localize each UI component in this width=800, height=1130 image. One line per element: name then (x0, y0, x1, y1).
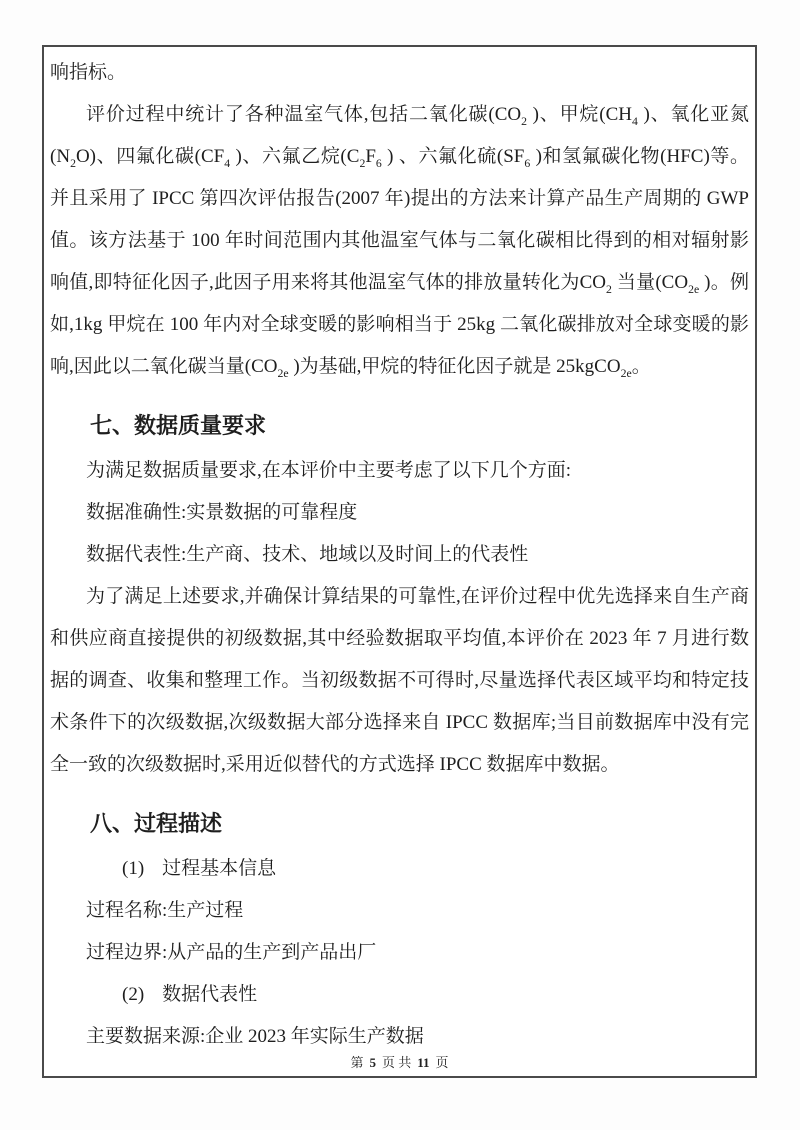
section-heading-7-data-quality: 七、数据质量要求 (50, 404, 749, 448)
paragraph-quality-intro: 为满足数据质量要求,在本评价中主要考虑了以下几个方面: (50, 450, 749, 492)
section-heading-8-process-description: 八、过程描述 (50, 802, 749, 846)
list-item-number: (2) (86, 974, 144, 1016)
footer-total-pages: 11 (417, 1055, 429, 1070)
footer-page-number: 第5页 共11页 (44, 1053, 755, 1073)
footer-prefix: 第 (350, 1055, 363, 1070)
footer-infix: 页 共 (382, 1055, 411, 1070)
list-item-number: (1) (86, 848, 144, 890)
document-page: 响指标。 评价过程中统计了各种温室气体,包括二氧化碳(CO2 )、甲烷(CH4 … (0, 0, 800, 1130)
list-item-1-process-basic-info: (1)过程基本信息 (50, 848, 749, 890)
paragraph-ghg-overview: 评价过程中统计了各种温室气体,包括二氧化碳(CO2 )、甲烷(CH4 )、氧化亚… (50, 94, 749, 388)
paragraph-main-data-source: 主要数据来源:企业 2023 年实际生产数据 (50, 1016, 749, 1058)
footer-current-page: 5 (369, 1055, 376, 1070)
paragraph-data-accuracy: 数据准确性:实景数据的可靠程度 (50, 492, 749, 534)
list-item-label: 过程基本信息 (162, 858, 276, 879)
paragraph-data-sources: 为了满足上述要求,并确保计算结果的可靠性,在评价过程中优先选择来自生产商和供应商… (50, 576, 749, 786)
footer-suffix: 页 (436, 1055, 449, 1070)
paragraph-process-name: 过程名称:生产过程 (50, 890, 749, 932)
paragraph-continuation: 响指标。 (50, 52, 749, 94)
paragraph-data-representativeness: 数据代表性:生产商、技术、地域以及时间上的代表性 (50, 534, 749, 576)
list-item-label: 数据代表性 (162, 984, 257, 1005)
paragraph-process-boundary: 过程边界:从产品的生产到产品出厂 (50, 932, 749, 974)
list-item-2-data-representativeness: (2)数据代表性 (50, 974, 749, 1016)
page-border-frame: 响指标。 评价过程中统计了各种温室气体,包括二氧化碳(CO2 )、甲烷(CH4 … (42, 45, 757, 1078)
